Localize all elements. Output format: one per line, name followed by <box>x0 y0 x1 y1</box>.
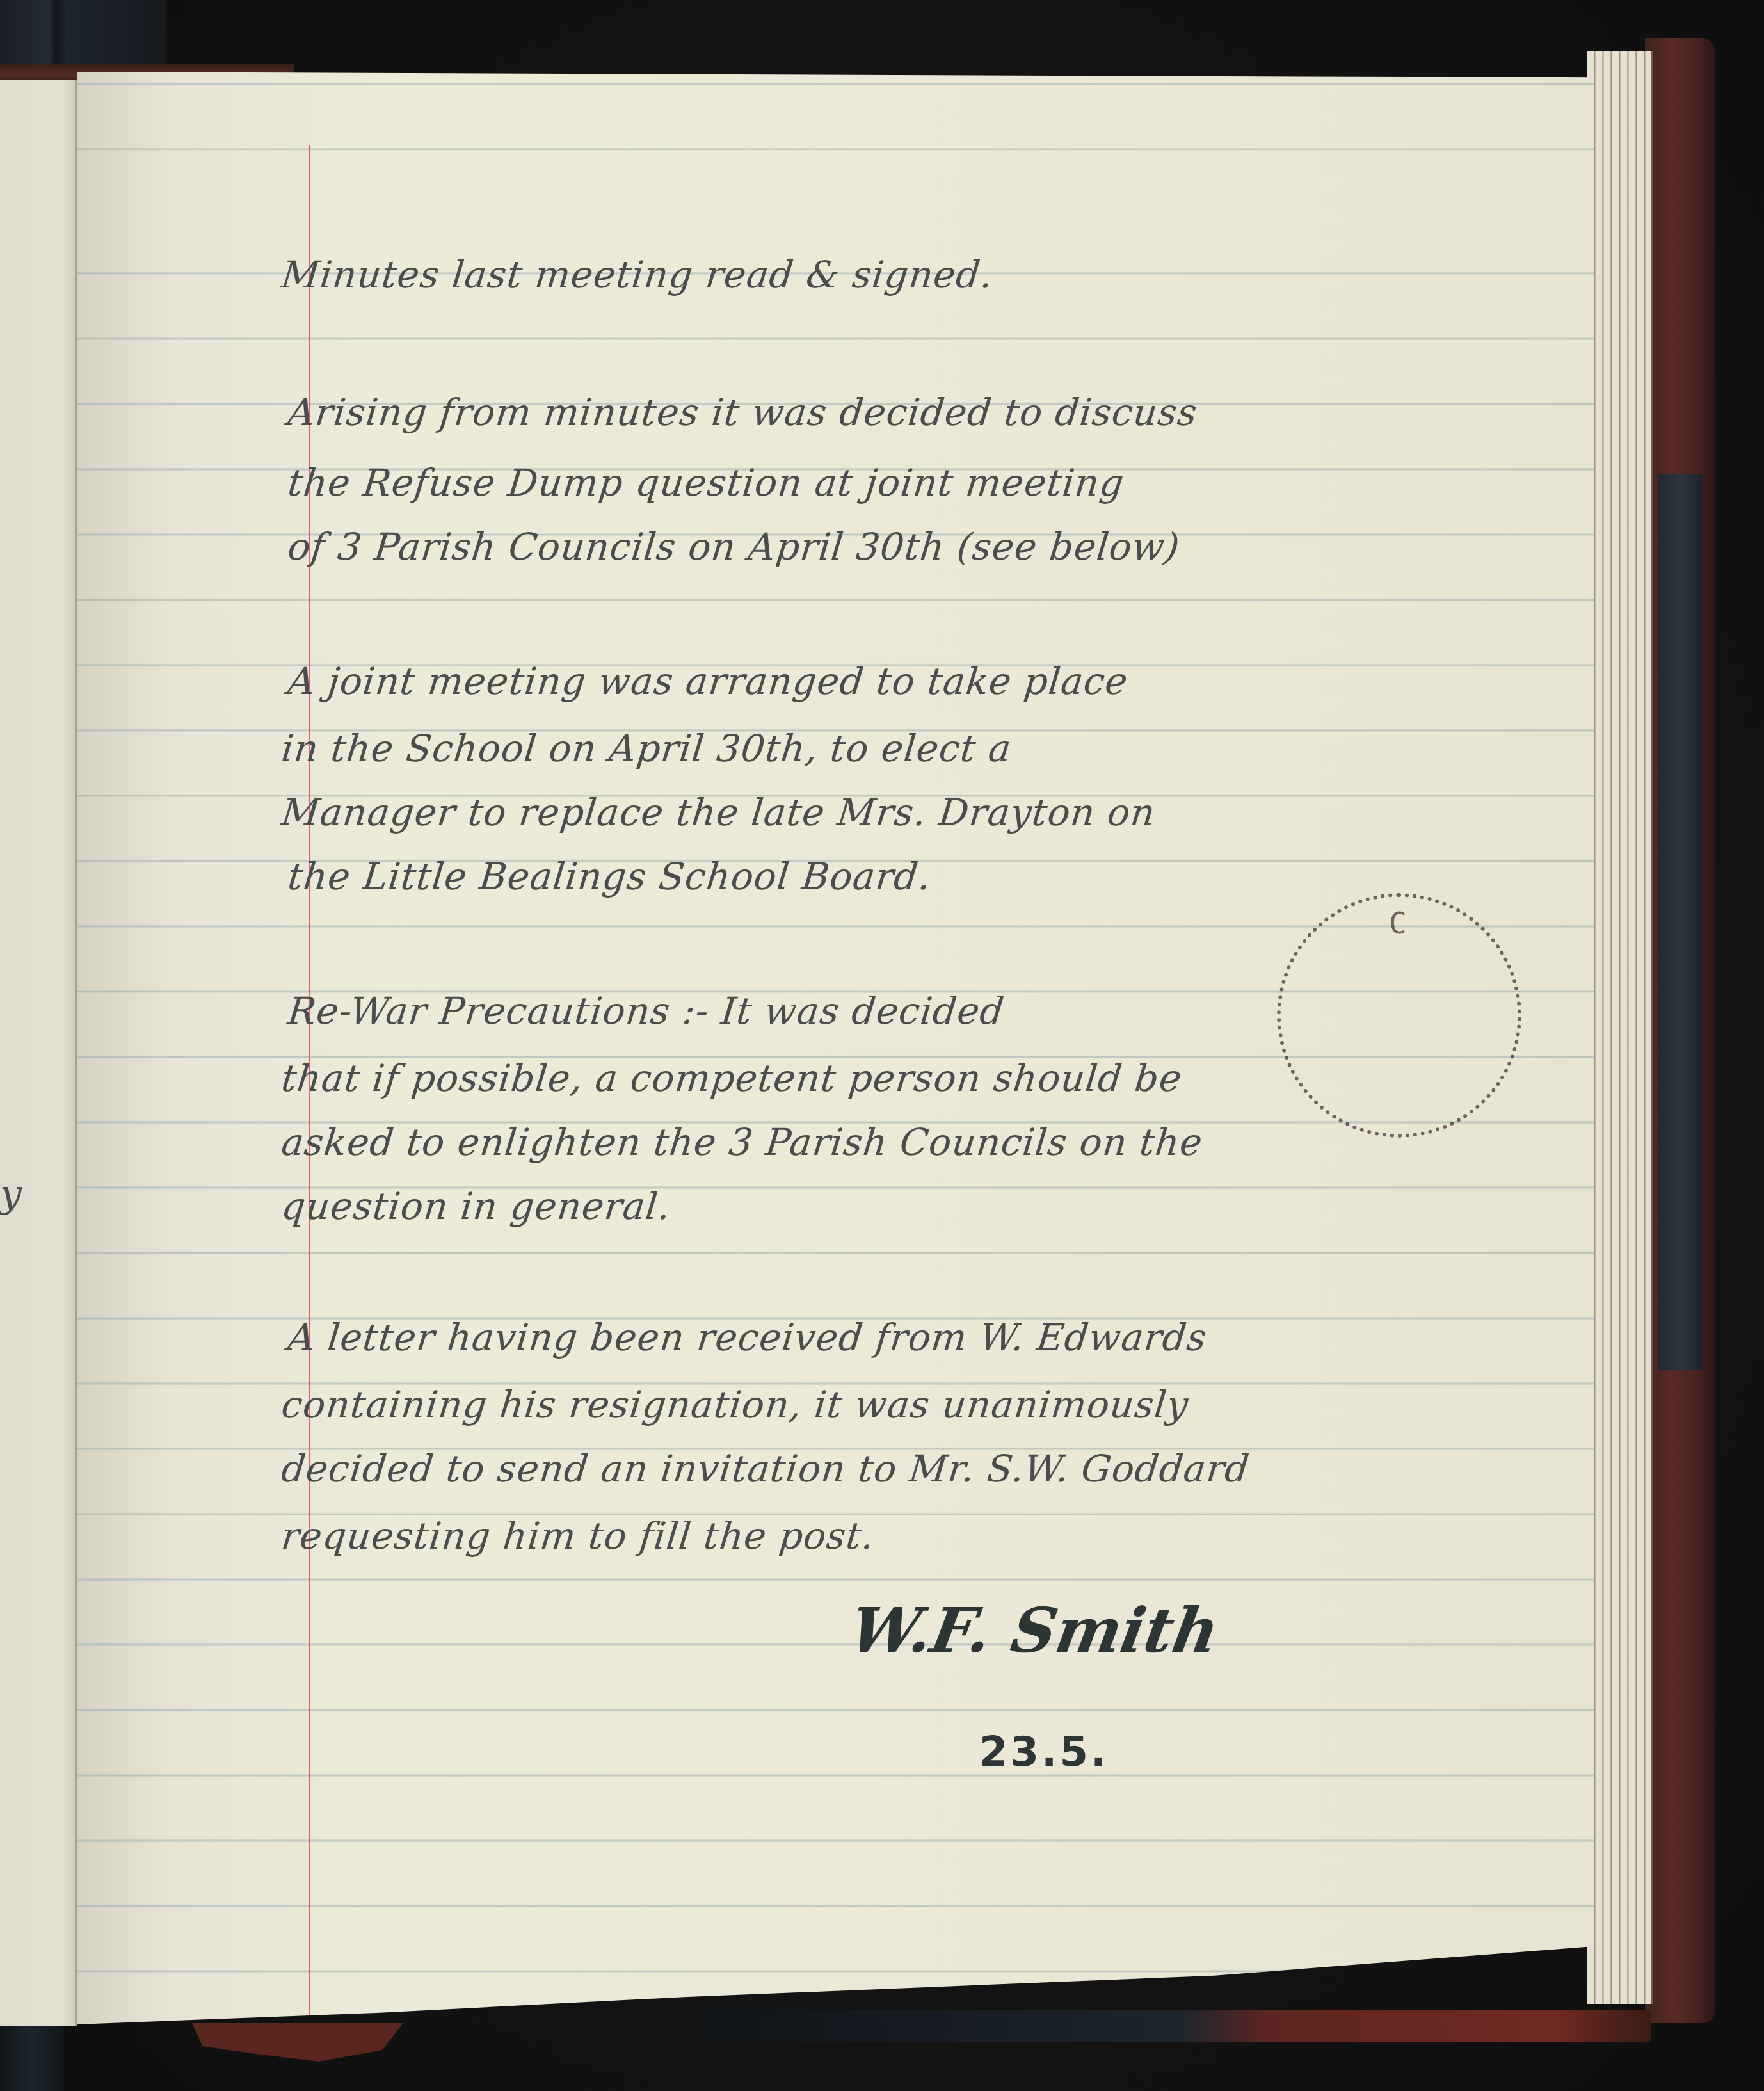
paragraph-line: A joint meeting was arranged to take pla… <box>285 659 1130 703</box>
minutes-line: Minutes last meeting read & signed. <box>279 253 995 296</box>
right-cover-cloth-spine <box>1658 474 1703 1370</box>
paragraph-line: A letter having been received from W. Ed… <box>285 1316 1208 1359</box>
paragraph-line: the Little Bealings School Board. <box>285 855 933 898</box>
stamp-text: C <box>1389 906 1409 941</box>
paragraph-line: containing his resignation, it was unani… <box>279 1383 1191 1426</box>
paragraph-line: of 3 Parish Councils on April 30th (see … <box>285 525 1182 569</box>
paragraph-line: that if possible, a competent person sho… <box>279 1056 1184 1100</box>
signature-date: 23.5. <box>979 1729 1109 1776</box>
paragraph-line: question in general. <box>279 1184 673 1228</box>
paragraph-line: Arising from minutes it was decided to d… <box>285 391 1199 434</box>
paragraph-line: Manager to replace the late Mrs. Drayton… <box>279 791 1157 834</box>
page-stack-edges <box>1587 51 1653 2004</box>
left-binding-bottom <box>0 2023 64 2091</box>
paragraph-line: in the School on April 30th, to elect a <box>279 727 1013 770</box>
left-page <box>0 80 77 2026</box>
paragraph-line: the Refuse Dump question at joint meetin… <box>285 461 1126 505</box>
left-page-text-fragment: y <box>0 1172 22 1216</box>
paragraph-line: Re-War Precautions :- It was decided <box>285 989 1006 1033</box>
bottom-cover-edge <box>704 2010 1651 2042</box>
page-gutter <box>75 80 77 2026</box>
signature: W.F. Smith <box>845 1594 1224 1667</box>
paragraph-line: requesting him to fill the post. <box>279 1514 876 1558</box>
paragraph-line: decided to send an invitation to Mr. S.W… <box>279 1447 1251 1490</box>
paragraph-line: asked to enlighten the 3 Parish Councils… <box>279 1120 1205 1164</box>
